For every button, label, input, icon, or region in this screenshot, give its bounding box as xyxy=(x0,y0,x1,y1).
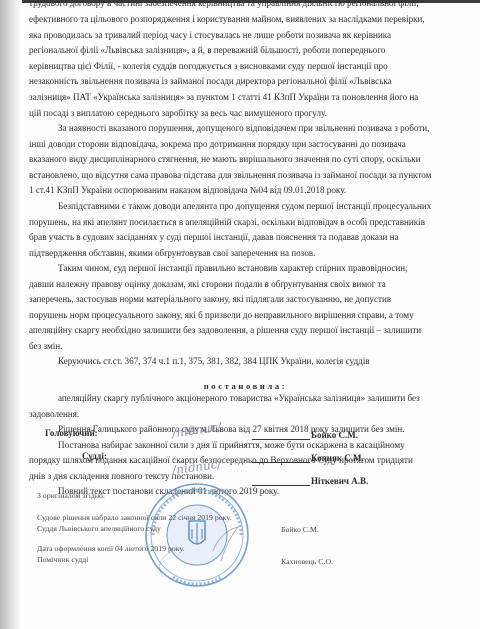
text-line: порушень норм процесуального закону, які… xyxy=(29,309,414,321)
original-note: З оригіналом згідно. xyxy=(37,491,105,500)
court-seal-stamp-icon xyxy=(143,481,251,589)
text-line: підтвердження обставин, якими обґрунтову… xyxy=(29,247,315,259)
text-line: яка проводилась за тривалий період часу … xyxy=(29,29,391,41)
judge-line: Суддя Львівського апеляційного суду xyxy=(37,524,161,533)
text-line: задоволення. xyxy=(29,408,79,420)
signature-line xyxy=(252,462,310,463)
judges-label: Судді: xyxy=(82,451,107,461)
legal-basis-line: Керуючись ст.ст. 367, 374 ч.1 п.1, 375, … xyxy=(58,355,370,367)
text-line: Постанова набирає законної сили з дня її… xyxy=(58,439,405,451)
copy-date: Дата оформлення копії 04 лютого 2019 рок… xyxy=(37,544,185,553)
text-line: Таким чином, суд першої інстанції правил… xyxy=(58,262,407,274)
text-line: без змін. xyxy=(29,340,62,352)
text-line: порушень, на які апелянт посилається в а… xyxy=(29,216,425,228)
certifying-judge-name: Бойко С.М. xyxy=(281,525,319,534)
text-line: брав участь в судових засіданнях у суді … xyxy=(29,231,399,243)
assistant-line: Помічник судді xyxy=(37,555,88,564)
judge-name-1: Бойко С.М. xyxy=(311,430,358,440)
text-line: За наявності вказаного порушення, допуще… xyxy=(58,122,429,134)
text-line: апеляційну скаргу необхідно залишити без… xyxy=(29,324,421,336)
text-line: апеляційну скаргу публічного акціонерног… xyxy=(58,392,420,404)
presiding-label: Головуючий: xyxy=(45,428,98,438)
scan-left-shadow xyxy=(0,0,22,629)
text-line: 1 ст.41 КЗпП України оспорюваним наказом… xyxy=(29,184,346,196)
text-line: вказаного виду дисциплінарного стягнення… xyxy=(29,153,421,165)
signature-line xyxy=(252,485,310,486)
judge-name-3: Ніткевич А.В. xyxy=(311,476,368,486)
text-line: ефективного та цільового розпорядження і… xyxy=(29,13,425,25)
text-line: Безпідставними є також доводи апелянта п… xyxy=(58,200,431,212)
text-line: заперечень, застосував норми матеріально… xyxy=(29,293,391,305)
text-line: трудового договору в частині забезпеченн… xyxy=(29,0,419,9)
text-line: незаконність звільнення позивача із займ… xyxy=(29,75,392,87)
resolution-heading: постановила: xyxy=(29,381,462,391)
assistant-name: Кахновець С.О. xyxy=(281,557,333,566)
text-line: залізниця» ПАТ «Українська залізниця» за… xyxy=(29,91,418,103)
signature-line xyxy=(252,439,310,440)
text-line: інші доводи сторони відповідача, зокрема… xyxy=(29,138,406,150)
effective-note: Судове рішення набрало законної сили 22 … xyxy=(37,513,231,522)
text-line: давши належну правову оцінку доказам, як… xyxy=(29,278,386,290)
text-line: керівництва цієї Філії, - колегія суддів… xyxy=(29,60,388,72)
text-line: цій посаді з виплатою середнього заробіт… xyxy=(29,107,327,119)
judge-name-2: Копняк С.М. xyxy=(311,453,364,463)
text-line: регіональної філії «Львівська залізниця»… xyxy=(29,44,385,56)
text-line: встановлено, що відсутня сама правова пі… xyxy=(29,169,431,181)
